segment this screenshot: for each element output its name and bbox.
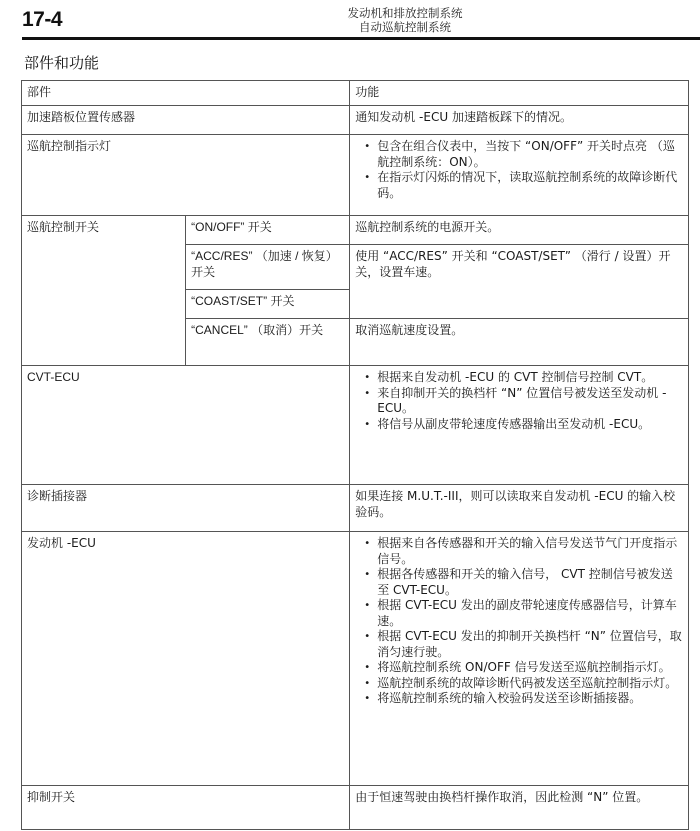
sub-part-cell: “ON/OFF” 开关 [186,216,350,245]
table-row: 巡航控制开关 “ON/OFF” 开关 巡航控制系统的电源开关。 [22,216,689,245]
table-row: CVT-ECU 根据来自发动机 -ECU 的 CVT 控制信号控制 CVT。 来… [22,366,689,485]
bullet-item: 来自抑制开关的换档杆 “N” 位置信号被发送至发动机 -ECU。 [355,386,683,417]
sub-part-cell: “ACC/RES” （加速 / 恢复）开关 [186,245,350,290]
function-cell: 通知发动机 -ECU 加速踏板踩下的情况。 [350,106,689,135]
components-table: 部件 功能 加速踏板位置传感器 通知发动机 -ECU 加速踏板踩下的情况。 巡航… [21,80,689,830]
bullet-item: 根据 CVT-ECU 发出的副皮带轮速度传感器信号，计算车速。 [355,598,683,629]
function-cell: 巡航控制系统的电源开关。 [350,216,689,245]
function-cell: 如果连接 M.U.T.-III，则可以读取来自发动机 -ECU 的输入校验码。 [350,485,689,532]
running-header: 发动机和排放控制系统 自动巡航控制系统 [250,6,560,34]
part-cell: 巡航控制开关 [22,216,186,366]
bullet-item: 在指示灯闪烁的情况下，读取巡航控制系统的故障诊断代码。 [355,170,683,201]
header-divider [22,37,700,40]
table-row: 诊断插接器 如果连接 M.U.T.-III，则可以读取来自发动机 -ECU 的输… [22,485,689,532]
function-cell: 由于恒速驾驶由换档杆操作取消，因此检测 “N” 位置。 [350,786,689,830]
column-header-part: 部件 [22,81,350,106]
part-cell: 抑制开关 [22,786,350,830]
function-cell: 包含在组合仪表中，当按下 “ON/OFF” 开关时点亮 （巡航控制系统：ON）。… [350,135,689,216]
bullet-item: 将巡航控制系统的输入校验码发送至诊断插接器。 [355,691,683,707]
page-number: 17-4 [22,8,62,32]
bullet-item: 根据来自发动机 -ECU 的 CVT 控制信号控制 CVT。 [355,370,683,386]
table-row: 加速踏板位置传感器 通知发动机 -ECU 加速踏板踩下的情况。 [22,106,689,135]
bullet-item: 将信号从副皮带轮速度传感器输出至发动机 -ECU。 [355,417,683,433]
table-header-row: 部件 功能 [22,81,689,106]
bullet-item: 巡航控制系统的故障诊断代码被发送至巡航控制指示灯。 [355,676,683,692]
function-cell: 使用 “ACC/RES” 开关和 “COAST/SET” （滑行 / 设置）开关… [350,245,689,319]
bullet-item: 根据各传感器和开关的输入信号， CVT 控制信号被发送至 CVT-ECU。 [355,567,683,598]
part-cell: 巡航控制指示灯 [22,135,350,216]
table-row: 发动机 -ECU 根据来自各传感器和开关的输入信号发送节气门开度指示信号。 根据… [22,532,689,786]
part-cell: 发动机 -ECU [22,532,350,786]
part-cell: 诊断插接器 [22,485,350,532]
sub-part-cell: “CANCEL” （取消）开关 [186,319,350,366]
section-subtitle: 自动巡航控制系统 [250,20,560,34]
table-row: 巡航控制指示灯 包含在组合仪表中，当按下 “ON/OFF” 开关时点亮 （巡航控… [22,135,689,216]
table-row: 抑制开关 由于恒速驾驶由换档杆操作取消，因此检测 “N” 位置。 [22,786,689,830]
function-cell: 根据来自发动机 -ECU 的 CVT 控制信号控制 CVT。 来自抑制开关的换档… [350,366,689,485]
bullet-item: 将巡航控制系统 ON/OFF 信号发送至巡航控制指示灯。 [355,660,683,676]
section-title: 部件和功能 [24,52,99,73]
bullet-item: 包含在组合仪表中，当按下 “ON/OFF” 开关时点亮 （巡航控制系统：ON）。 [355,139,683,170]
sub-part-cell: “COAST/SET” 开关 [186,290,350,319]
function-cell: 根据来自各传感器和开关的输入信号发送节气门开度指示信号。 根据各传感器和开关的输… [350,532,689,786]
function-cell: 取消巡航速度设置。 [350,319,689,366]
bullet-item: 根据来自各传感器和开关的输入信号发送节气门开度指示信号。 [355,536,683,567]
part-cell: 加速踏板位置传感器 [22,106,350,135]
part-cell: CVT-ECU [22,366,350,485]
column-header-function: 功能 [350,81,689,106]
bullet-item: 根据 CVT-ECU 发出的抑制开关换档杆 “N” 位置信号，取消匀速行驶。 [355,629,683,660]
chapter-title: 发动机和排放控制系统 [250,6,560,20]
